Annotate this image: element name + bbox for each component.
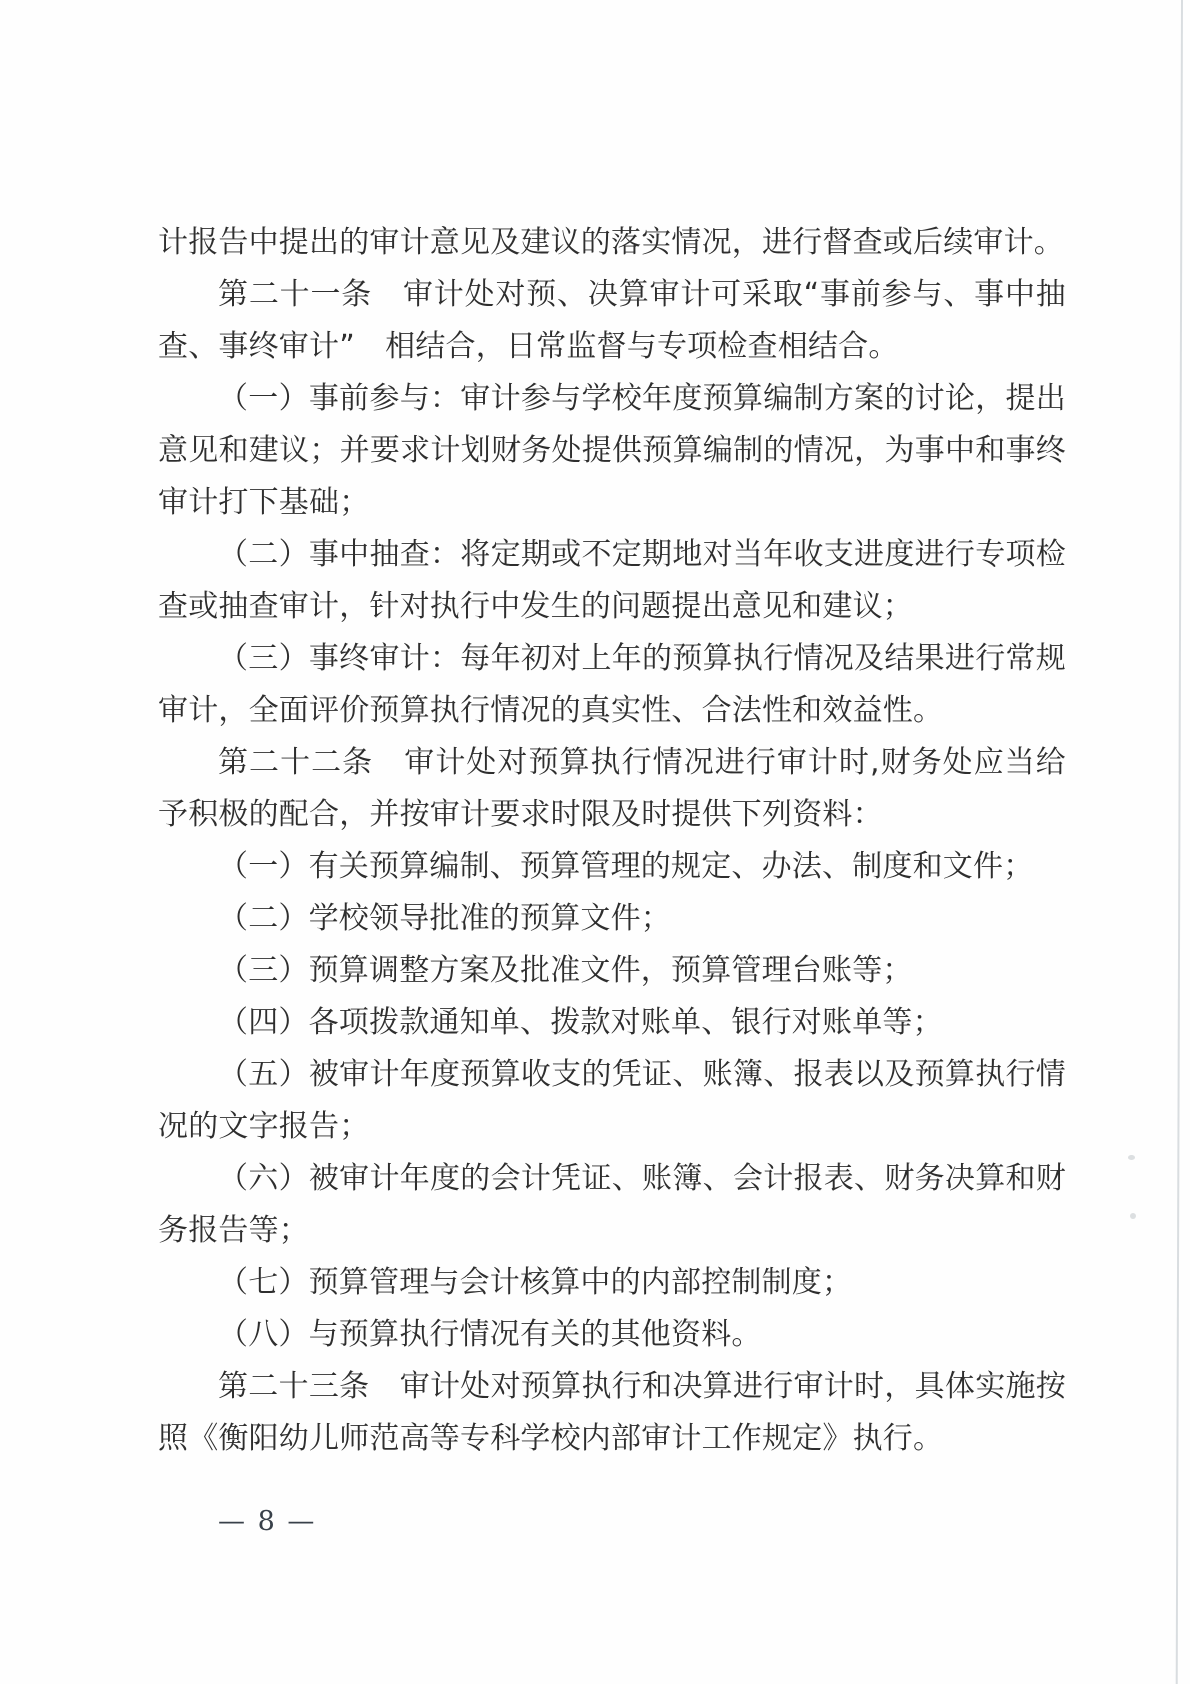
paragraph-list-item: （三）预算调整方案及批准文件，预算管理台账等； <box>158 945 1066 997</box>
paragraph-list-item: （七）预算管理与会计核算中的内部控制制度； <box>158 1257 1066 1309</box>
paragraph-article-22: 第二十二条 审计处对预算执行情况进行审计时,财务处应当给予积极的配合，并按审计要… <box>158 737 1066 841</box>
paragraph-article-21: 第二十一条 审计处对预、决算审计可采取“事前参与、事中抽查、事终审计” 相结合，… <box>158 269 1066 373</box>
paragraph-list-item: （五）被审计年度预算收支的凭证、账簿、报表以及预算执行情况的文字报告； <box>158 1049 1066 1153</box>
paragraph-list-item: （六）被审计年度的会计凭证、账簿、会计报表、财务决算和财务报告等； <box>158 1153 1066 1257</box>
scan-speck <box>1130 1213 1136 1219</box>
paragraph-list-item: （一）有关预算编制、预算管理的规定、办法、制度和文件； <box>158 841 1066 893</box>
paragraph-article-23: 第二十三条 审计处对预算执行和决算进行审计时，具体实施按照《衡阳幼儿师范高等专科… <box>158 1361 1066 1465</box>
paragraph-list-item: （四）各项拨款通知单、拨款对账单、银行对账单等； <box>158 997 1066 1049</box>
paragraph: 计报告中提出的审计意见及建议的落实情况，进行督查或后续审计。 <box>158 217 1066 269</box>
scan-speck <box>1128 1155 1135 1160</box>
document-body: 计报告中提出的审计意见及建议的落实情况，进行督查或后续审计。 第二十一条 审计处… <box>158 217 1066 1465</box>
scan-edge-artifact <box>1176 0 1183 1684</box>
paragraph: （三）事终审计：每年初对上年的预算执行情况及结果进行常规审计，全面评价预算执行情… <box>158 633 1066 737</box>
paragraph-list-item: （二）学校领导批准的预算文件； <box>158 893 1066 945</box>
page-number: — 8 — <box>218 1505 316 1539</box>
paragraph-list-item: （八）与预算执行情况有关的其他资料。 <box>158 1309 1066 1361</box>
paragraph: （二）事中抽查：将定期或不定期地对当年收支进度进行专项检查或抽查审计，针对执行中… <box>158 529 1066 633</box>
document-page: 计报告中提出的审计意见及建议的落实情况，进行督查或后续审计。 第二十一条 审计处… <box>0 0 1190 1684</box>
paragraph: （一）事前参与：审计参与学校年度预算编制方案的讨论，提出意见和建议；并要求计划财… <box>158 373 1066 529</box>
